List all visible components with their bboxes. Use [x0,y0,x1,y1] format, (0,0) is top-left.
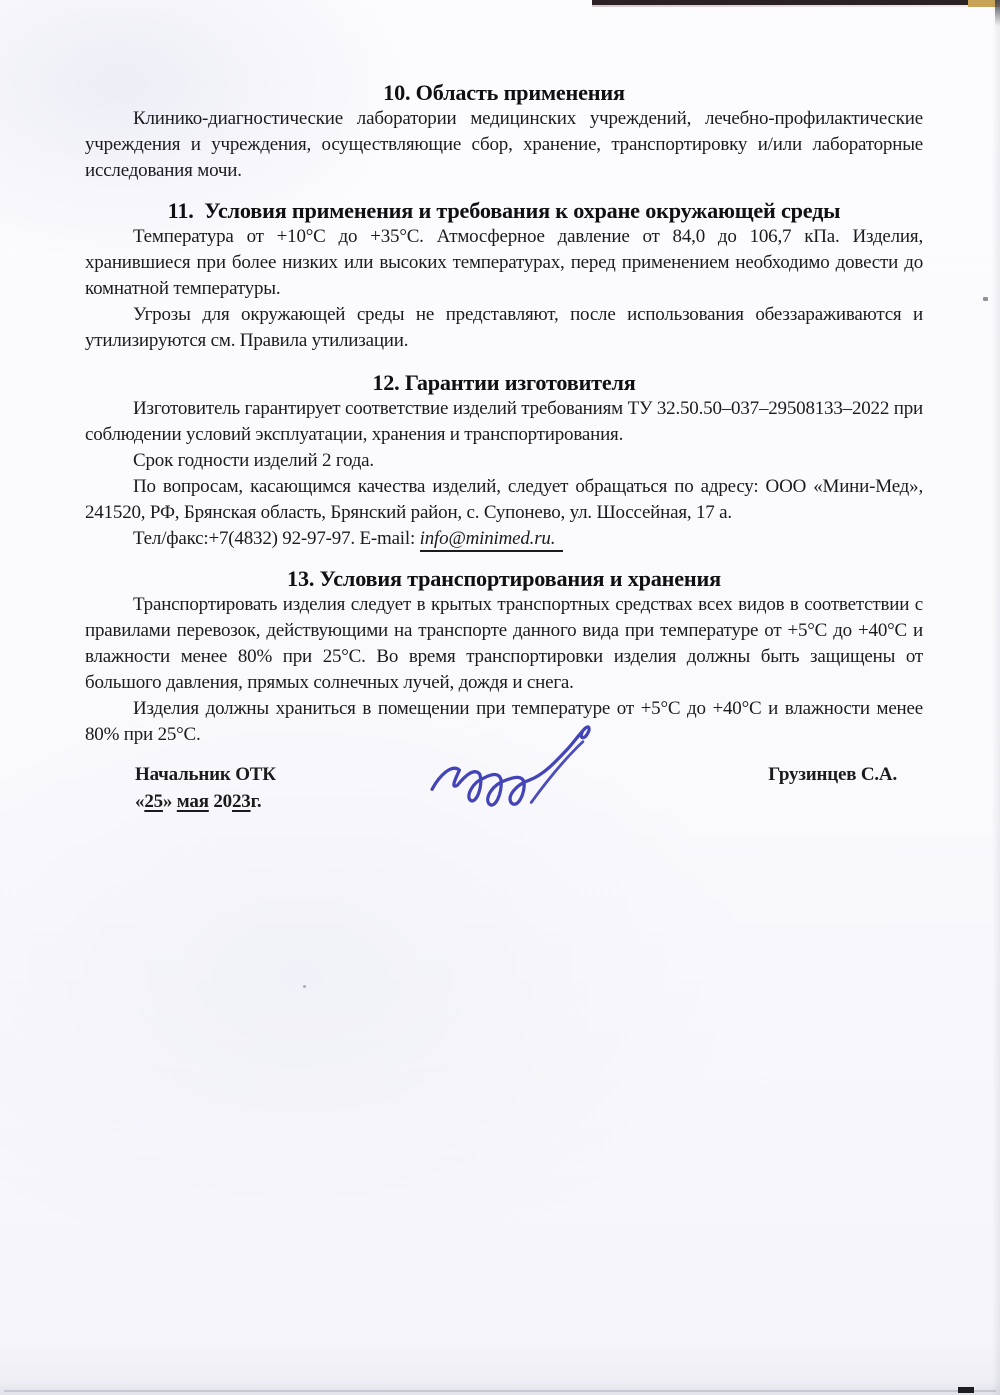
contact-line: Тел/факс:+7(4832) 92-97-97. E-mail: info… [85,526,923,552]
qc-officer-title-date: Начальник ОТК «25» мая 2023г. [135,762,276,815]
section-11-heading: 11. Условия применения и требования к ох… [85,198,923,224]
section-12-heading: 12. Гарантии изготовителя [85,370,923,396]
section-11-paragraph-2: Угрозы для окружающей среды не представл… [85,302,923,354]
section-10-application-area: 10. Область применения Клинико-диагности… [85,80,923,184]
section-12-paragraph-3: По вопросам, касающимся качества изделий… [85,474,923,526]
scan-artifact-bottom-band [0,1383,1000,1395]
section-12-paragraph-1: Изготовитель гарантирует соответствие из… [85,396,923,448]
scan-paper-edge-shade [992,0,1000,1395]
section-13-paragraph-1: Транспортировать изделия следует в крыты… [85,592,923,696]
date-year-tail: 23 [232,791,251,812]
section-11-usage-conditions: 11. Условия применения и требования к ох… [85,198,923,354]
document-body: 10. Область применения Клинико-диагности… [85,80,923,815]
section-13-heading: 13. Условия транспортирования и хранения [85,566,923,592]
scan-artifact-bottom-right-mark [958,1387,974,1393]
scan-speck [983,297,988,301]
date-month: мая [177,791,209,812]
section-11-paragraph-1: Температура от +10°С до +35°С. Атмосферн… [85,224,923,302]
section-12-paragraph-2: Срок годности изделий 2 года. [85,448,923,474]
scan-artifact-top-edge-fade [592,5,968,7]
qc-officer-title: Начальник ОТК [135,762,276,788]
section-10-heading: 10. Область применения [85,80,923,106]
section-10-paragraph: Клинико-диагностические лаборатории меди… [85,106,923,184]
scanned-document-page: 10. Область применения Клинико-диагности… [0,0,1000,1395]
scan-artifact-bottom-line [4,1390,996,1392]
scan-speck [303,985,306,988]
email-text: info@minimed.ru. [420,528,564,552]
handwritten-signature-icon [425,716,597,816]
qc-date: «25» мая 2023г. [135,789,276,815]
section-12-manufacturer-warranty: 12. Гарантии изготовителя Изготовитель г… [85,370,923,552]
date-day: 25 [144,791,163,812]
qc-officer-name: Грузинцев С.А. [768,762,897,788]
phone-fax-text: Тел/факс:+7(4832) 92-97-97. E-mail: [133,528,420,549]
signature-block: Начальник ОТК «25» мая 2023г. Грузинцев … [85,762,923,815]
